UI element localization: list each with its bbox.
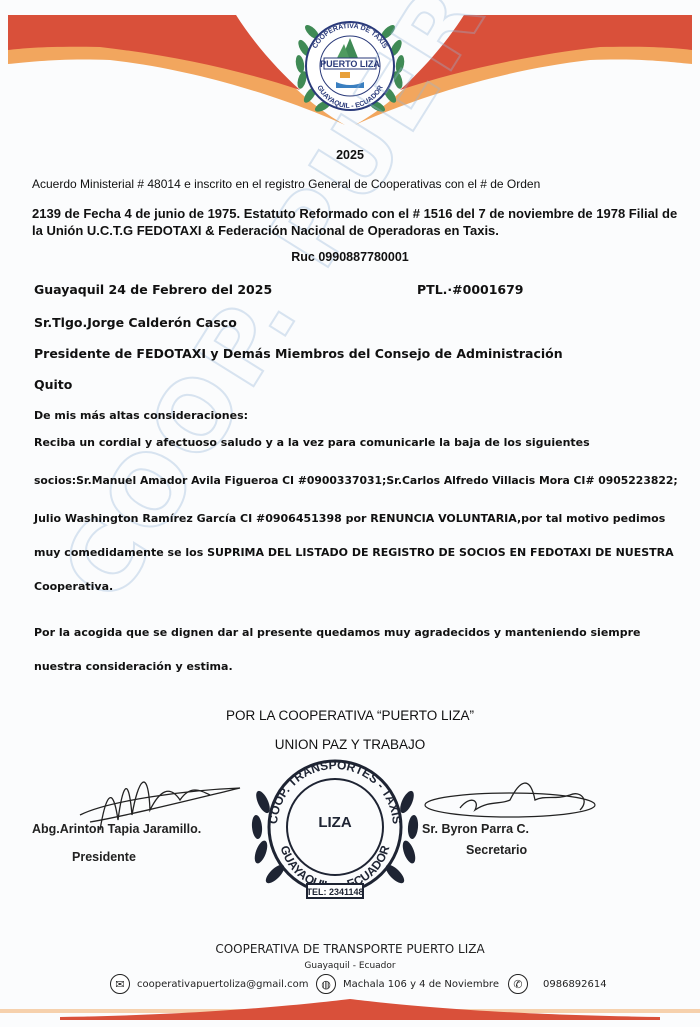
cooperative-seal-icon: PUERTO LIZA COOPERATIVA DE TAXIS GUAYAQU… [290, 8, 410, 120]
salutation: De mis más altas consideraciones: [34, 409, 248, 422]
svg-text:TEL: 2341148: TEL: 2341148 [306, 887, 363, 897]
body-line: Por la acogida que se dignen dar al pres… [34, 626, 641, 639]
body-line: Cooperativa. [34, 580, 113, 593]
recipient-city: Quito [34, 377, 72, 392]
secretary-name: Sr. Byron Parra C. [422, 822, 529, 836]
body-line: muy comedidamente se los SUPRIMA DEL LIS… [34, 546, 674, 559]
ruc-number: Ruc 0990887780001 [0, 250, 700, 264]
president-role: Presidente [72, 850, 136, 864]
recipient-title: Presidente de FEDOTAXI y Demás Miembros … [34, 346, 563, 361]
secretary-role: Secretario [466, 843, 527, 857]
cooperative-motto: UNION PAZ Y TRABAJO [0, 737, 700, 752]
body-line: nuestra consideración y estima. [34, 660, 233, 673]
closing-line: POR LA COOPERATIVA “PUERTO LIZA” [0, 708, 700, 723]
svg-text:LIZA: LIZA [318, 814, 351, 831]
statute-info: 2139 de Fecha 4 de junio de 1975. Estatu… [32, 205, 682, 239]
footer-title: COOPERATIVA DE TRANSPORTE PUERTO LIZA [0, 942, 700, 956]
body-line: socios:Sr.Manuel Amador Avila Figueroa C… [34, 474, 678, 487]
document-year: 2025 [0, 148, 700, 162]
recipient-name: Sr.Tlgo.Jorge Calderón Casco [34, 315, 237, 330]
place-date: Guayaquil 24 de Febrero del 2025 [34, 282, 272, 297]
svg-text:PUERTO LIZA: PUERTO LIZA [320, 59, 380, 69]
body-line: Reciba un cordial y afectuoso saludo y a… [34, 436, 590, 449]
president-name: Abg.Arinton Tapia Jaramillo. [32, 822, 201, 836]
cooperative-stamp-icon: COOP. TRANSPORTES - TAXIS GUAYAQUIL — EC… [245, 752, 425, 907]
reference-number: PTL.·#0001679 [417, 282, 524, 297]
footer-banner [0, 985, 700, 1027]
body-line: Julio Washington Ramírez García CI #0906… [34, 512, 665, 525]
secretary-signature [420, 770, 600, 830]
footer-subtitle: Guayaquil - Ecuador [0, 961, 700, 971]
ministerial-agreement: Acuerdo Ministerial # 48014 e inscrito e… [32, 177, 540, 191]
